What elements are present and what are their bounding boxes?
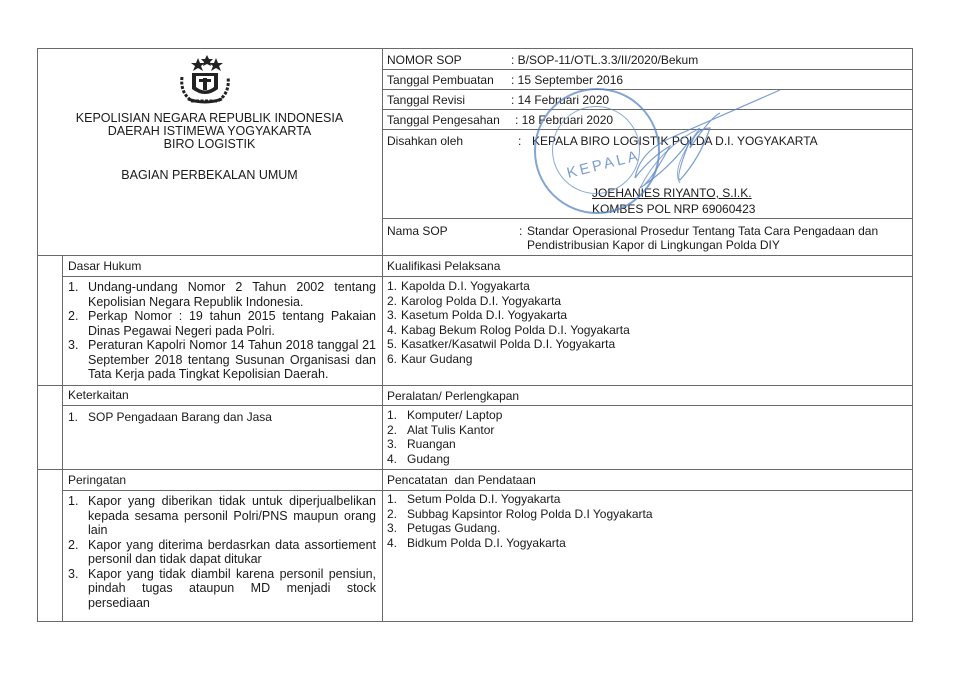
list-number: 2. <box>387 423 397 438</box>
tanggal-pengesahan-label: Tanggal Pengesahan <box>387 113 500 127</box>
org-bureau: BIRO LOGISTIK <box>37 137 382 151</box>
list-number: 5. <box>387 337 397 352</box>
org-region: DAERAH ISTIMEWA YOGYAKARTA <box>37 124 382 138</box>
dasar-hukum-title: Dasar Hukum <box>68 259 141 273</box>
tanggal-revisi-label: Tanggal Revisi <box>387 93 465 107</box>
list-item: 1. Undang-undang Nomor 2 Tahun 2002 tent… <box>68 280 376 309</box>
nama-sop-line2: Pendistribusian Kapor di Lingkungan Pold… <box>527 238 780 252</box>
list-item: 1.Setum Polda D.I. Yogyakarta <box>387 492 907 507</box>
list-text: Undang-undang Nomor 2 Tahun 2002 tentang… <box>88 280 376 309</box>
tanggal-pembuatan-label: Tanggal Pembuatan <box>387 73 494 87</box>
list-text: Subbag Kapsintor Rolog Polda D.I Yogyaka… <box>407 507 653 521</box>
list-text: Kasatker/Kasatwil Polda D.I. Yogyakarta <box>401 337 615 351</box>
list-item: 3.Ruangan <box>387 437 907 452</box>
list-number: 3. <box>387 308 397 323</box>
row-line <box>382 69 913 70</box>
list-text: Ruangan <box>407 437 456 451</box>
list-text: Setum Polda D.I. Yogyakarta <box>407 492 560 506</box>
list-text: Peraturan Kapolri Nomor 14 Tahun 2018 ta… <box>88 338 376 382</box>
list-item: 2.Karolog Polda D.I. Yogyakarta <box>387 294 907 309</box>
kualifikasi-list: 1.Kapolda D.I. Yogyakarta 2.Karolog Pold… <box>387 279 907 366</box>
table-border-bottom <box>37 621 913 622</box>
row-line <box>37 255 913 256</box>
list-text: Kapolda D.I. Yogyakarta <box>401 279 530 293</box>
peringatan-list: 1. Kapor yang diberikan tidak untuk dipe… <box>68 494 376 610</box>
list-item: 3.Petugas Gudang. <box>387 521 907 536</box>
keterkaitan-list: 1.SOP Pengadaan Barang dan Jasa <box>68 410 376 425</box>
org-division: BAGIAN PERBEKALAN UMUM <box>37 168 382 182</box>
list-item: 6.Kaur Gudang <box>387 352 907 367</box>
list-item: 1.Komputer/ Laptop <box>387 408 907 423</box>
list-text: Kaur Gudang <box>401 352 472 366</box>
row-line <box>62 405 913 406</box>
list-number: 1. <box>68 494 78 509</box>
list-text: Karolog Polda D.I. Yogyakarta <box>401 294 561 308</box>
list-item: 3. Kapor yang tidak diambil karena perso… <box>68 567 376 611</box>
list-number: 4. <box>387 536 397 551</box>
list-text: Perkap Nomor : 19 tahun 2015 tentang Pak… <box>88 309 376 338</box>
list-item: 4.Gudang <box>387 452 907 467</box>
list-item: 4.Bidkum Polda D.I. Yogyakarta <box>387 536 907 551</box>
disahkan-label: Disahkan oleh <box>387 134 463 148</box>
org-name: KEPOLISIAN NEGARA REPUBLIK INDONESIA <box>37 111 382 125</box>
left-margin-column <box>62 255 63 622</box>
list-item: 3.Kasetum Polda D.I. Yogyakarta <box>387 308 907 323</box>
signature-icon <box>580 88 790 198</box>
dasar-hukum-list: 1. Undang-undang Nomor 2 Tahun 2002 tent… <box>68 280 376 382</box>
list-item: 3. Peraturan Kapolri Nomor 14 Tahun 2018… <box>68 338 376 382</box>
list-item: 1.SOP Pengadaan Barang dan Jasa <box>68 410 376 425</box>
peringatan-title: Peringatan <box>68 473 126 487</box>
table-border-top <box>37 48 913 49</box>
list-number: 4. <box>387 452 397 467</box>
tanggal-pembuatan-value: : 15 September 2016 <box>511 73 623 87</box>
pencatatan-list: 1.Setum Polda D.I. Yogyakarta 2.Subbag K… <box>387 492 907 550</box>
list-number: 2. <box>387 294 397 309</box>
list-item: 2.Subbag Kapsintor Rolog Polda D.I Yogya… <box>387 507 907 522</box>
list-number: 2. <box>68 538 78 553</box>
list-text: Gudang <box>407 452 450 466</box>
list-text: Kabag Bekum Rolog Polda D.I. Yogyakarta <box>401 323 630 337</box>
list-text: Kasetum Polda D.I. Yogyakarta <box>401 308 567 322</box>
list-text: Komputer/ Laptop <box>407 408 502 422</box>
list-item: 5.Kasatker/Kasatwil Polda D.I. Yogyakart… <box>387 337 907 352</box>
list-text: Alat Tulis Kantor <box>407 423 494 437</box>
row-line <box>37 469 913 470</box>
list-number: 1. <box>68 410 78 425</box>
list-number: 4. <box>387 323 397 338</box>
list-text: SOP Pengadaan Barang dan Jasa <box>88 410 272 424</box>
list-item: 4.Kabag Bekum Rolog Polda D.I. Yogyakart… <box>387 323 907 338</box>
list-item: 2. Kapor yang diterima berdasrkan data a… <box>68 538 376 567</box>
list-number: 1. <box>68 280 78 295</box>
list-item: 2.Alat Tulis Kantor <box>387 423 907 438</box>
peralatan-title: Peralatan/ Perlengkapan <box>387 389 519 403</box>
column-divider <box>382 48 383 622</box>
keterkaitan-title: Keterkaitan <box>68 388 129 402</box>
nama-sop-label: Nama SOP <box>387 224 448 238</box>
list-number: 3. <box>68 567 78 582</box>
list-item: 1. Kapor yang diberikan tidak untuk dipe… <box>68 494 376 538</box>
list-number: 2. <box>68 309 78 324</box>
list-text: Bidkum Polda D.I. Yogyakarta <box>407 536 566 550</box>
nama-sop-line1: Standar Operasional Prosedur Tentang Tat… <box>527 224 878 238</box>
list-number: 3. <box>387 437 397 452</box>
row-line <box>37 385 913 386</box>
list-text: Petugas Gudang. <box>407 521 500 535</box>
table-border-right <box>912 48 913 622</box>
peralatan-list: 1.Komputer/ Laptop 2.Alat Tulis Kantor 3… <box>387 408 907 466</box>
nomor-sop-value: : B/SOP-11/OTL.3.3/II/2020/Bekum <box>511 53 698 67</box>
row-line <box>62 490 913 491</box>
list-item: 2. Perkap Nomor : 19 tahun 2015 tentang … <box>68 309 376 338</box>
list-text: Kapor yang diberikan tidak untuk diperju… <box>88 494 376 538</box>
list-text: Kapor yang diterima berdasrkan data asso… <box>88 538 376 567</box>
kualifikasi-title: Kualifikasi Pelaksana <box>387 259 500 273</box>
row-line <box>62 276 913 277</box>
list-number: 1. <box>387 279 397 294</box>
disahkan-colon: : <box>518 134 521 148</box>
list-number: 1. <box>387 408 397 423</box>
row-line <box>382 218 913 219</box>
list-number: 6. <box>387 352 397 367</box>
list-number: 3. <box>68 338 78 353</box>
list-item: 1.Kapolda D.I. Yogyakarta <box>387 279 907 294</box>
list-number: 3. <box>387 521 397 536</box>
pencatatan-title: Pencatatan dan Pendataan <box>387 473 536 487</box>
nomor-sop-label: NOMOR SOP <box>387 53 462 67</box>
list-number: 1. <box>387 492 397 507</box>
nama-sop-colon: : <box>519 224 522 238</box>
list-number: 2. <box>387 507 397 522</box>
list-text: Kapor yang tidak diambil karena personil… <box>88 567 376 611</box>
police-emblem-icon <box>170 55 240 105</box>
